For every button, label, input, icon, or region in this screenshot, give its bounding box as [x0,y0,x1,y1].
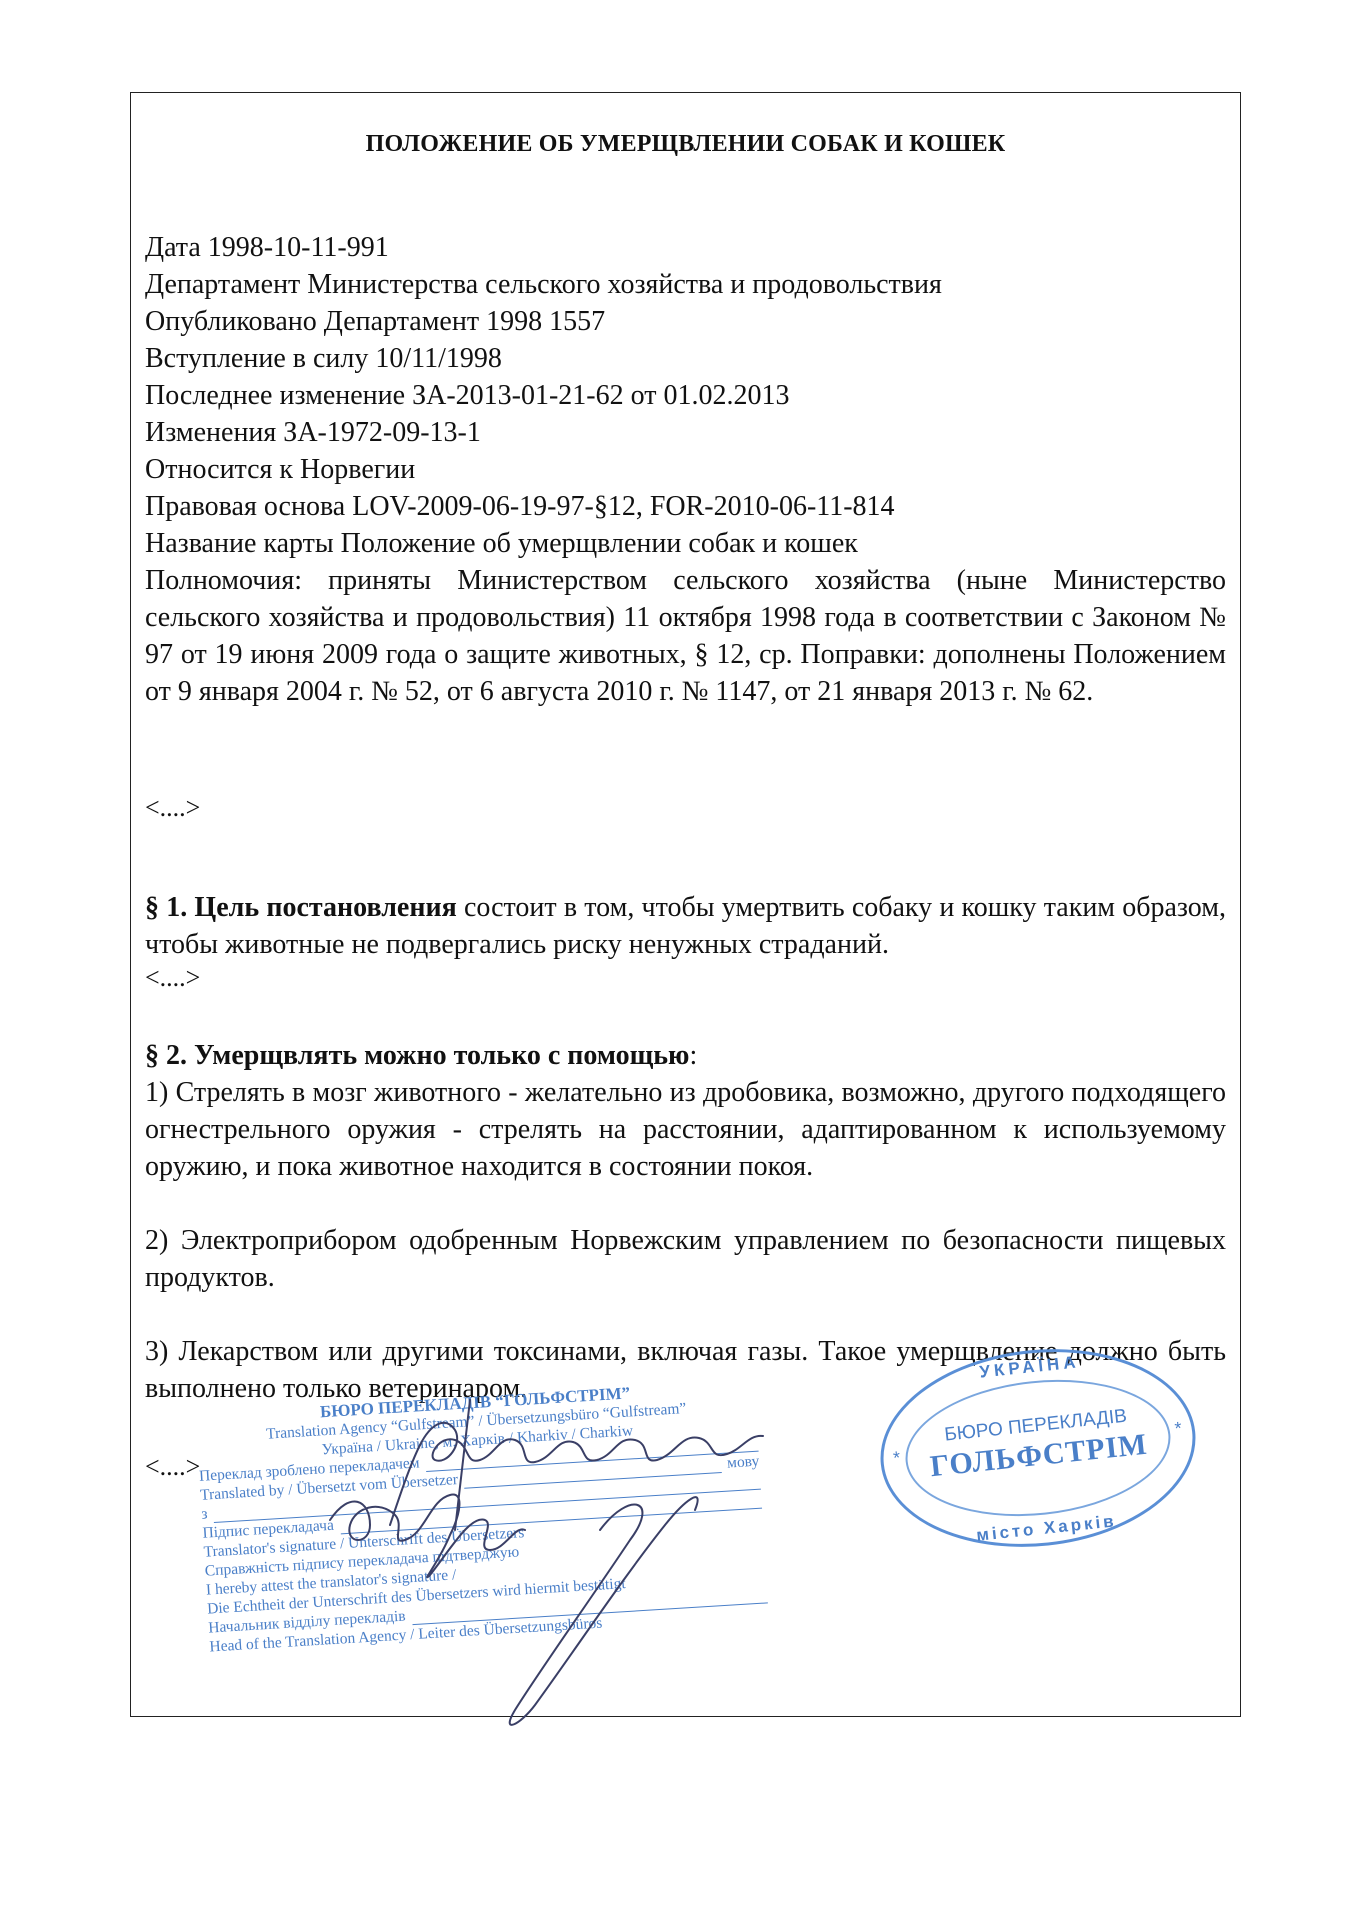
metadata-block: Дата 1998-10-11-991 Департамент Министер… [145,229,1226,710]
meta-changes: Изменения ЗА-1972-09-13-1 [145,414,1226,451]
stamp-from: з [201,1504,208,1523]
meta-last-change: Последнее изменение ЗА-2013-01-21-62 от … [145,377,1226,414]
meta-date: Дата 1998-10-11-991 [145,229,1226,266]
omission-marker-3: <....> [145,1452,200,1482]
section-2-colon: : [689,1040,697,1071]
omission-marker-2: <....> [145,963,200,993]
omission-marker-1: <....> [145,793,200,823]
stamp-language-suffix: мову [727,1452,760,1473]
section-1-heading: § 1. Цель постановления [145,892,457,923]
section-2-item-2: 2) Электроприбором одобренным Норвежским… [145,1222,1226,1296]
section-1: § 1. Цель постановления состоит в том, ч… [145,889,1226,963]
meta-applies-to: Относится к Норвегии [145,451,1226,488]
meta-card-name: Название карты Положение об умерщвлении … [145,525,1226,562]
document-title: ПОЛОЖЕНИЕ ОБ УМЕРЩВЛЕНИИ СОБАК И КОШЕК [131,131,1240,158]
meta-published: Опубликовано Департамент 1998 1557 [145,303,1226,340]
meta-effective: Вступление в силу 10/11/1998 [145,340,1226,377]
section-2-item-1: 1) Стрелять в мозг животного - желательн… [145,1074,1226,1185]
meta-department: Департамент Министерства сельского хозяй… [145,266,1226,303]
section-2-heading: § 2. Умерщвлять можно только с помощью [145,1040,689,1071]
meta-legal-basis: Правовая основа LOV-2009-06-19-97-§12, F… [145,488,1226,525]
meta-authority: Полномочия: приняты Министерством сельск… [145,562,1226,710]
translation-agency-stamp: БЮРО ПЕРЕКЛАДІВ “ГОЛЬФСТРІМ” Translation… [195,1376,769,1660]
